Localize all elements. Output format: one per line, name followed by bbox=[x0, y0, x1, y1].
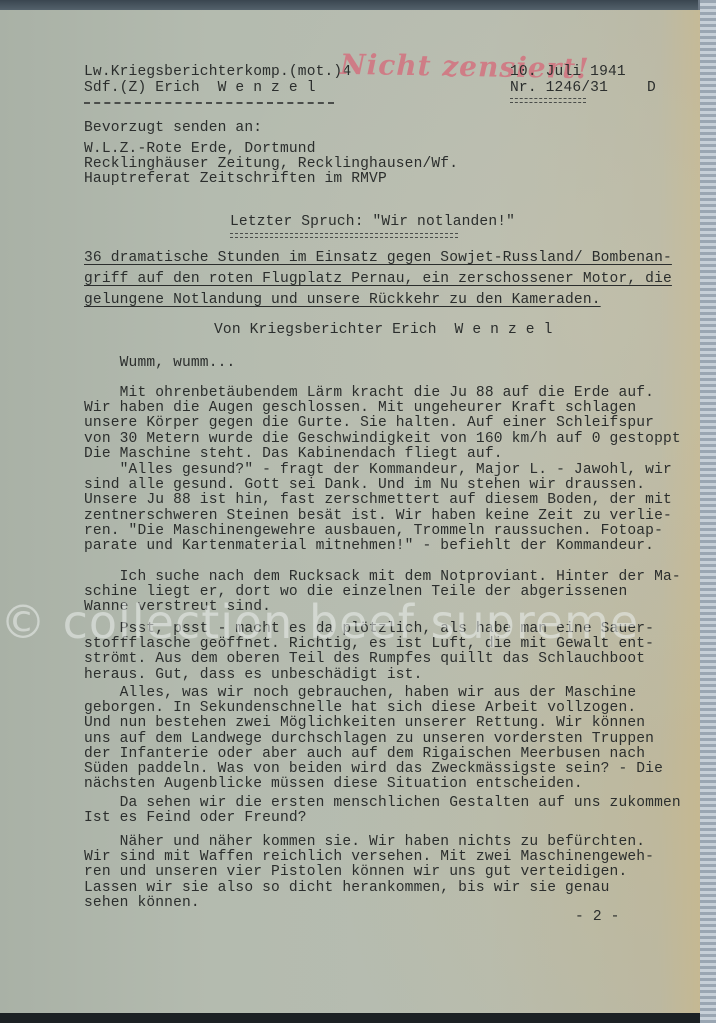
body-line: Wir haben die Augen geschlossen. Mit ung… bbox=[84, 401, 636, 416]
body-line: strömt. Aus dem oberen Teil des Rumpfes … bbox=[84, 652, 645, 667]
article-title: Letzter Spruch: "Wir notlanden!" bbox=[230, 215, 515, 230]
unit-line: Lw.Kriegsberichterkomp.(mot.)4 bbox=[84, 65, 351, 80]
body-line: sehen können. bbox=[84, 896, 200, 911]
byline: Von Kriegsberichter Erich W e n z e l bbox=[214, 323, 553, 338]
body-line: Und nun bestehen zwei Möglichkeiten unse… bbox=[84, 716, 645, 731]
body-line: Die Maschine steht. Das Kabinendach flie… bbox=[84, 447, 503, 462]
header-rule bbox=[84, 102, 334, 104]
body-line: Wumm, wumm... bbox=[84, 356, 235, 371]
report-date: 10. Juli 1941 bbox=[510, 65, 626, 80]
body-line: geborgen. In Sekundenschnelle hat sich d… bbox=[84, 701, 636, 716]
body-line: Lassen wir sie also so dicht herankommen… bbox=[84, 881, 610, 896]
body-line: Wir sind mit Waffen reichlich versehen. … bbox=[84, 850, 654, 865]
title-underline bbox=[230, 233, 458, 238]
body-line: Alles, was wir noch gebrauchen, haben wi… bbox=[84, 686, 636, 701]
number-underline bbox=[510, 98, 586, 103]
body-line: Da sehen wir die ersten menschlichen Ges… bbox=[84, 796, 681, 811]
subtitle-line: 36 dramatische Stunden im Einsatz gegen … bbox=[84, 251, 672, 266]
body-line: unsere Körper gegen die Gurte. Sie halte… bbox=[84, 416, 654, 431]
report-number: Nr. 1246/31 bbox=[510, 81, 608, 96]
class-mark: D bbox=[647, 81, 656, 96]
typewritten-page: Lw.Kriegsberichterkomp.(mot.)4 Sdf.(Z) E… bbox=[0, 10, 700, 1013]
subtitle-line: griff auf den roten Flugplatz Pernau, ei… bbox=[84, 272, 672, 287]
body-line: "Alles gesund?" - fragt der Kommandeur, … bbox=[84, 463, 672, 478]
body-line: Süden paddeln. Was von beiden wird das Z… bbox=[84, 762, 663, 777]
body-line: Unsere Ju 88 ist hin, fast zerschmettert… bbox=[84, 493, 672, 508]
binder-sleeve-edge bbox=[698, 0, 716, 1023]
author-line: Sdf.(Z) Erich W e n z e l bbox=[84, 81, 316, 96]
subtitle-line: gelungene Notlandung und unsere Rückkehr… bbox=[84, 293, 601, 308]
distribution-label: Bevorzugt senden an: bbox=[84, 121, 262, 136]
body-line: Ich suche nach dem Rucksack mit dem Notp… bbox=[84, 570, 681, 585]
page-number: - 2 - bbox=[575, 910, 620, 925]
recipient: Hauptreferat Zeitschriften im RMVP bbox=[84, 172, 387, 187]
body-line: parate und Kartenmaterial mitnehmen!" - … bbox=[84, 539, 654, 554]
body-line: sind alle gesund. Gott sei Dank. Und im … bbox=[84, 478, 645, 493]
body-line: Näher und näher kommen sie. Wir haben ni… bbox=[84, 835, 645, 850]
body-line: Ist es Feind oder Freund? bbox=[84, 811, 307, 826]
copyright-watermark: © collection beef supreme bbox=[0, 595, 639, 649]
body-line: nächsten Augenblicke müssen diese Situat… bbox=[84, 777, 583, 792]
body-line: ren und unseren vier Pistolen können wir… bbox=[84, 865, 627, 880]
body-line: uns auf dem Landwege durchschlagen zu un… bbox=[84, 732, 654, 747]
folder-bottom-edge bbox=[0, 1013, 700, 1023]
recipient: Recklinghäuser Zeitung, Recklinghausen/W… bbox=[84, 157, 458, 172]
body-line: von 30 Metern wurde die Geschwindigkeit … bbox=[84, 432, 681, 447]
body-line: der Infanterie oder aber auch auf dem Ri… bbox=[84, 747, 645, 762]
body-line: heraus. Gut, dass es unbeschädigt ist. bbox=[84, 668, 423, 683]
recipient: W.L.Z.-Rote Erde, Dortmund bbox=[84, 142, 316, 157]
body-line: ren. "Die Maschinengewehre ausbauen, Tro… bbox=[84, 524, 663, 539]
body-line: Mit ohrenbetäubendem Lärm kracht die Ju … bbox=[84, 386, 654, 401]
body-line: zentnerschweren Steinen besät ist. Wir h… bbox=[84, 509, 672, 524]
